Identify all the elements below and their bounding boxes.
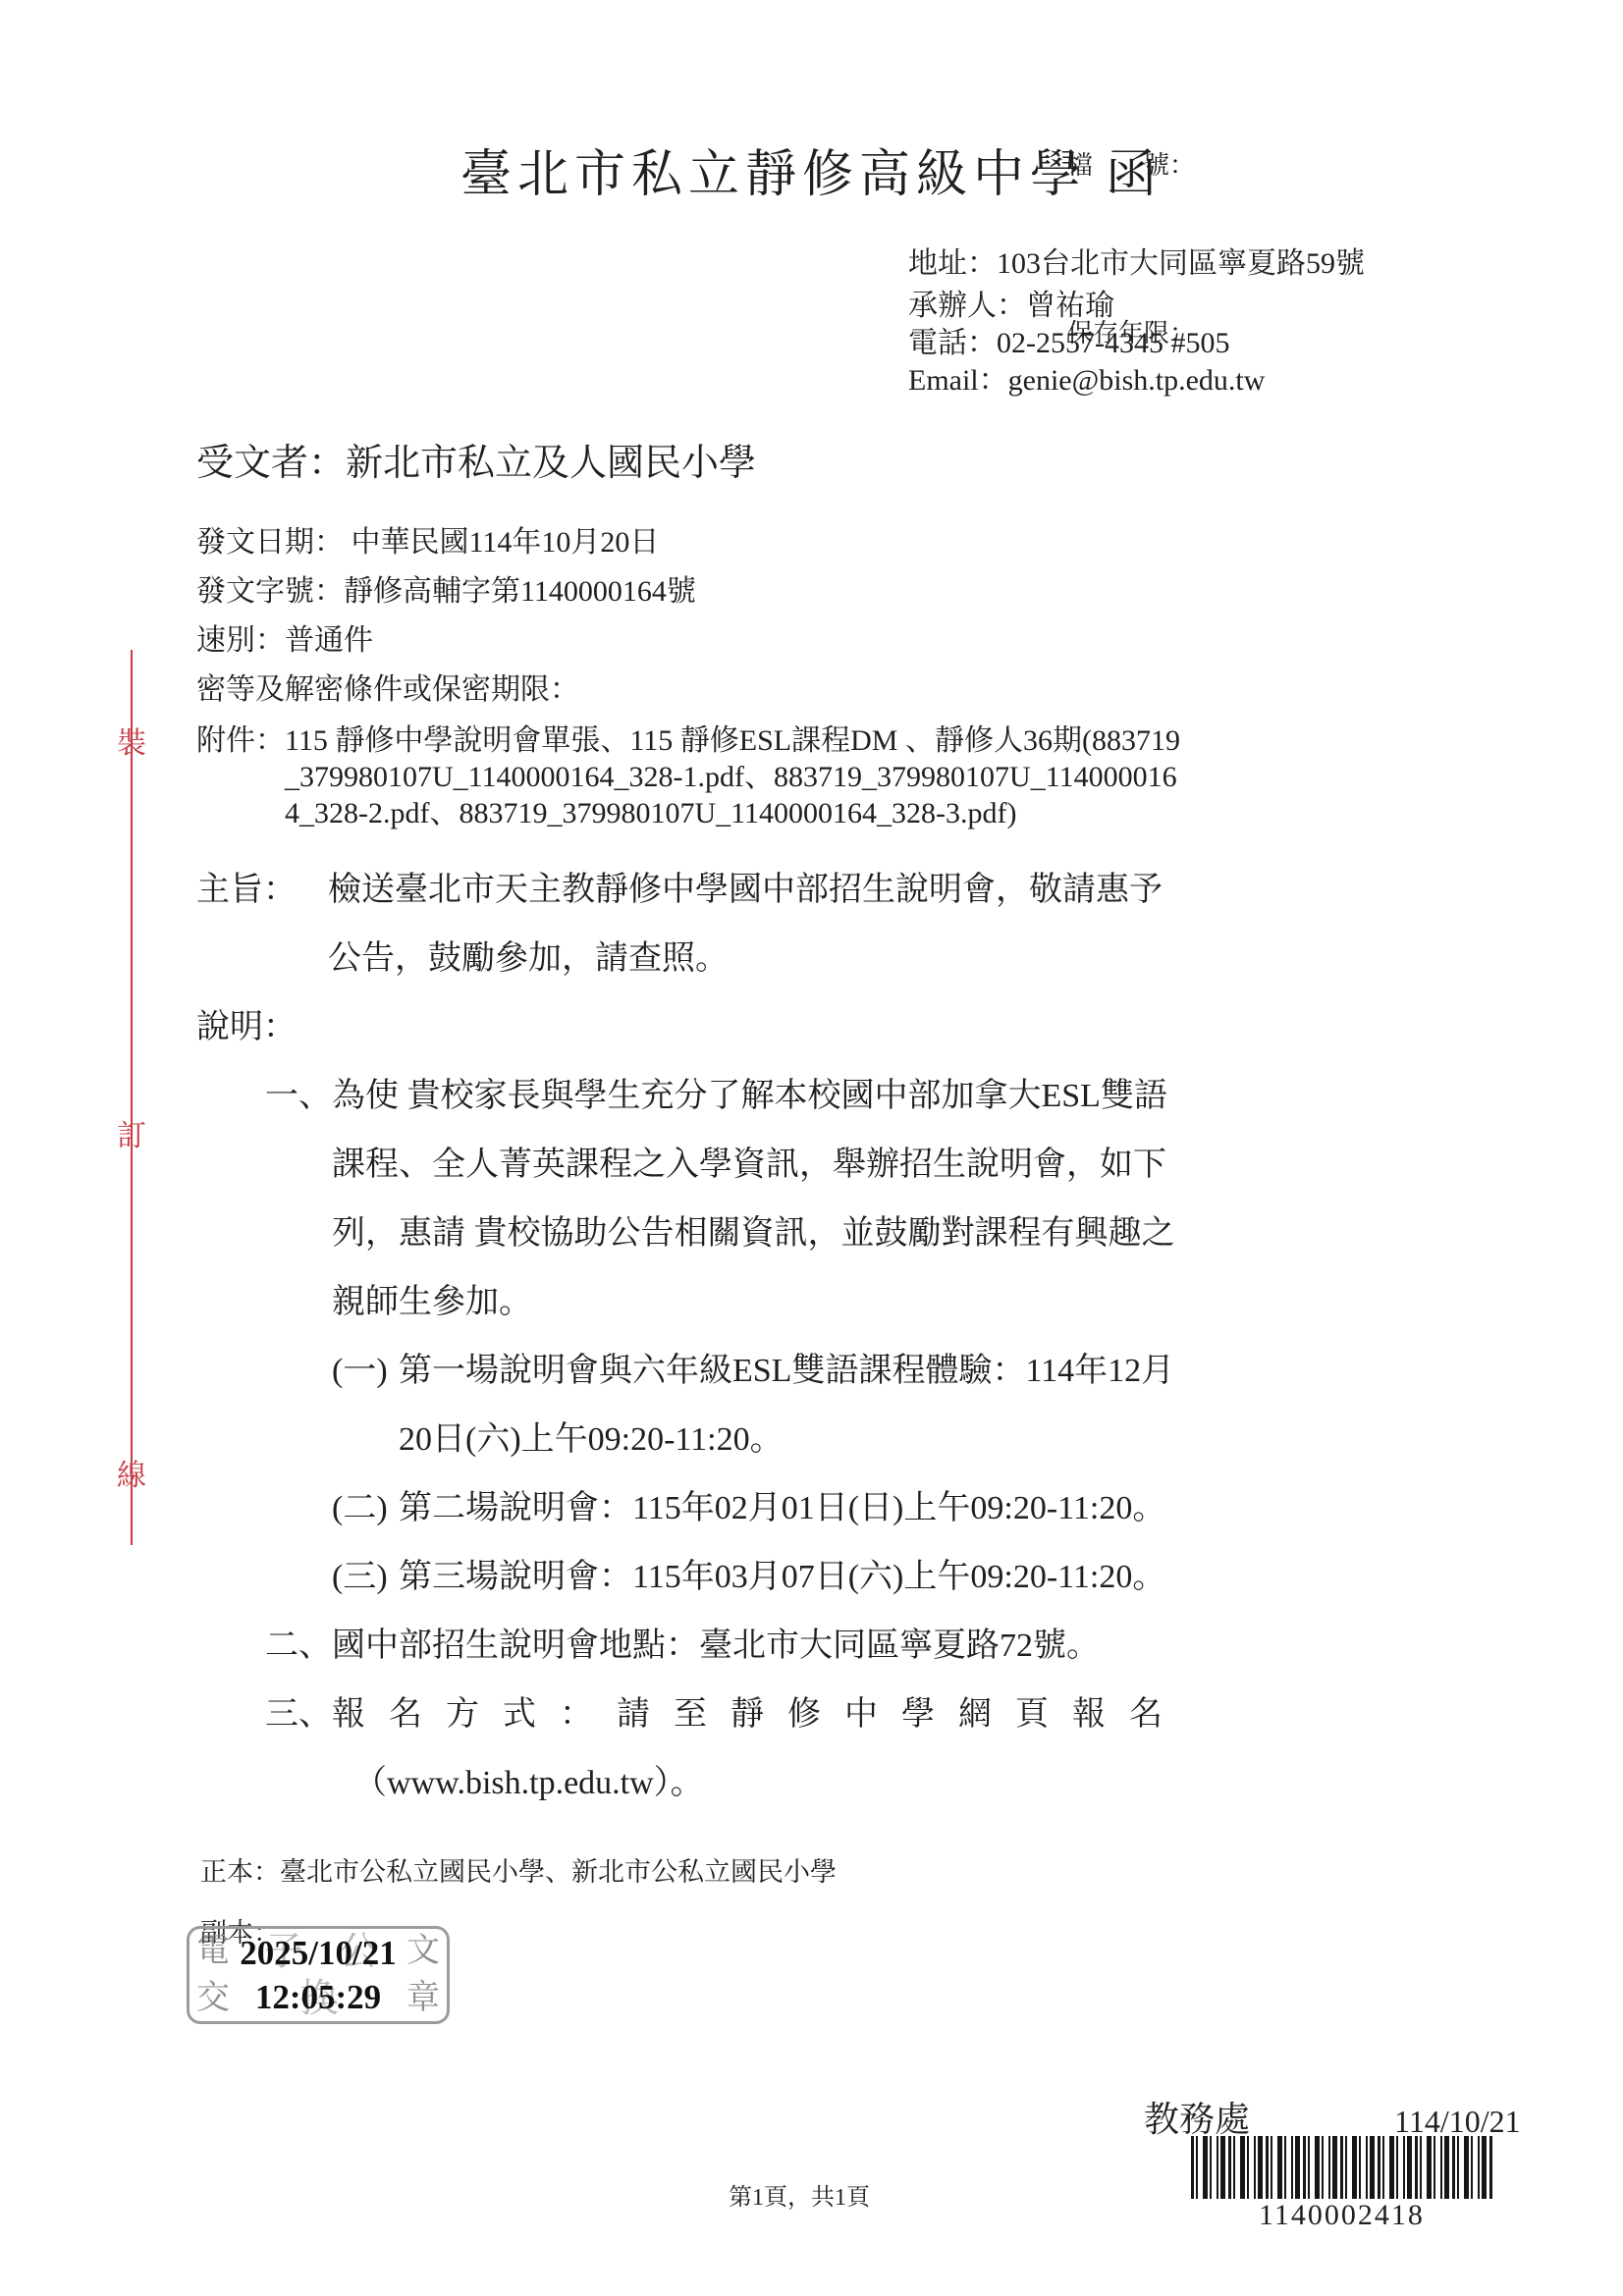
description-heading: 說明： (196, 993, 1208, 1062)
item-text: 第三場說明會：115年03月07日(六)上午09:20-11:20。 (399, 1543, 1208, 1612)
stamp-time: 12:05:29 (189, 1980, 447, 2014)
item-text: 為使 貴校家長與學生充分了解本校國中部加拿大ESL雙語課程、全人菁英課程之入學資… (332, 1062, 1191, 1337)
department-stamp: 教務處 (1144, 2099, 1250, 2140)
description-item-3: 三、 報名方式：請至靜修中學網頁報名 （www.bish.tp.edu.tw）。 (265, 1681, 1208, 1818)
document-page: 裝 訂 線 檔 號： 保存年限： 臺北市私立靜修高級中學 函 地址：103台北市… (0, 0, 1623, 2296)
original-recipients: 正本：臺北市公私立國民小學、新北市公私立國民小學 (200, 1842, 837, 1902)
barcode (1191, 2136, 1492, 2199)
description-item-1-2: (二) 第二場說明會：115年02月01日(日)上午09:20-11:20。 (332, 1474, 1208, 1543)
issue-date-line: 發文日期： 中華民國114年10月20日 (196, 518, 1183, 567)
registration-method-text: 報名方式：請至靜修中學網頁報名 (332, 1681, 1191, 1749)
subject-label: 主旨： (196, 856, 328, 925)
binding-char-ding: 訂 (116, 1121, 147, 1152)
item-label: (一) (332, 1337, 399, 1406)
binding-line (131, 650, 133, 1545)
sender-phone: 電話：02-2557-4345 #505 (908, 325, 1365, 362)
page-number: 第1頁，共1頁 (729, 2177, 870, 2212)
attachment-label: 附件： (196, 724, 285, 757)
description-item-1: 一、 為使 貴校家長與學生充分了解本校國中部加拿大ESL雙語課程、全人菁英課程之… (265, 1062, 1208, 1337)
item-label: (二) (332, 1474, 399, 1543)
description-item-1-1: (一) 第一場說明會與六年級ESL雙語課程體驗：114年12月20日(六)上午0… (332, 1337, 1208, 1474)
document-meta-block: 發文日期： 中華民國114年10月20日 發文字號：靜修高輔字第11400001… (196, 518, 1183, 831)
document-body: 主旨： 檢送臺北市天主教靜修中學國中部招生說明會，敬請惠予公告，鼓勵參加，請查照… (196, 856, 1208, 1818)
item-text: 第一場說明會與六年級ESL雙語課程體驗：114年12月20日(六)上午09:20… (399, 1337, 1208, 1474)
speed-class-line: 速別：普通件 (196, 616, 1183, 666)
item-text: 第二場說明會：115年02月01日(日)上午09:20-11:20。 (399, 1474, 1208, 1543)
binding-char-xian: 線 (116, 1461, 147, 1492)
security-class-line: 密等及解密條件或保密期限： (196, 666, 1183, 715)
attachment-line: 附件：115 靜修中學說明會單張、115 靜修ESL課程DM 、靜修人36期(8… (196, 722, 1183, 831)
sender-info-block: 地址：103台北市大同區寧夏路59號 承辦人：曾祐瑜 電話：02-2557-43… (908, 245, 1365, 400)
item-label: (三) (332, 1543, 399, 1612)
binding-char-zhuang: 裝 (116, 728, 147, 760)
description-item-2: 二、 國中部招生說明會地點：臺北市大同區寧夏路72號。 (265, 1612, 1208, 1681)
item-label: 二、 (265, 1612, 332, 1681)
item-text: 報名方式：請至靜修中學網頁報名 （www.bish.tp.edu.tw）。 (332, 1681, 1191, 1818)
description-item-1-3: (三) 第三場說明會：115年03月07日(六)上午09:20-11:20。 (332, 1543, 1208, 1612)
attachment-text: 115 靜修中學說明會單張、115 靜修ESL課程DM 、靜修人36期(8837… (285, 724, 1180, 829)
item-text: 國中部招生說明會地點：臺北市大同區寧夏路72號。 (332, 1612, 1191, 1681)
sender-address: 地址：103台北市大同區寧夏路59號 (908, 245, 1365, 283)
recipient-line: 受文者：新北市私立及人國民小學 (196, 440, 756, 487)
subject-paragraph: 主旨： 檢送臺北市天主教靜修中學國中部招生說明會，敬請惠予公告，鼓勵參加，請查照… (196, 856, 1208, 993)
sender-email: Email：genie@bish.tp.edu.tw (908, 362, 1365, 400)
document-number-line: 發文字號：靜修高輔字第1140000164號 (196, 567, 1183, 616)
registration-url: （www.bish.tp.edu.tw）。 (353, 1749, 1191, 1818)
sender-contact-person: 承辦人：曾祐瑜 (908, 288, 1365, 325)
department-date: 114/10/21 (1394, 2103, 1521, 2140)
electronic-exchange-stamp: 電 文 交 章 子 公 換 2025/10/21 12:05:29 (187, 1926, 450, 2024)
barcode-number: 1140002418 (1191, 2199, 1492, 2232)
item-label: 一、 (265, 1062, 332, 1131)
document-title: 臺北市私立靜修高級中學 函 (0, 145, 1623, 206)
subject-text: 檢送臺北市天主教靜修中學國中部招生說明會，敬請惠予公告，鼓勵參加，請查照。 (328, 856, 1177, 993)
item-label: 三、 (265, 1681, 332, 1749)
stamp-date: 2025/10/21 (189, 1936, 447, 1970)
